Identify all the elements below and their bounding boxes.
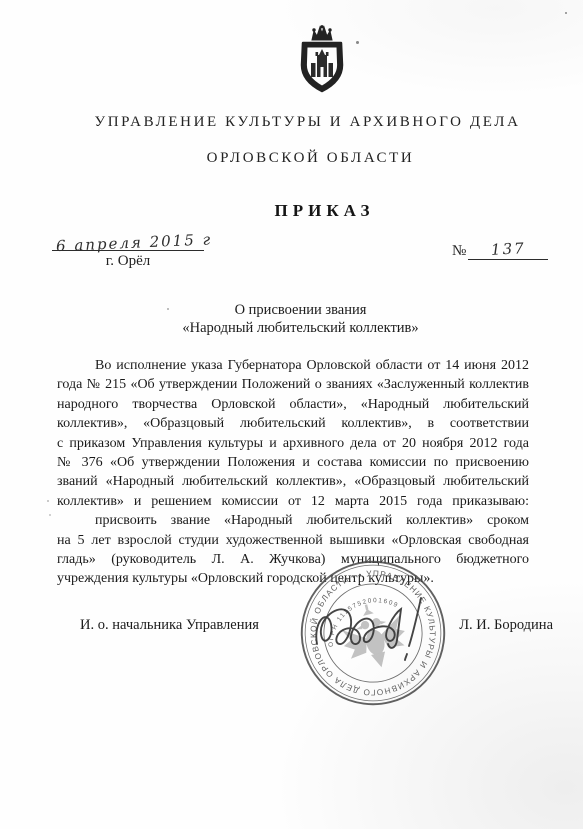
handwritten-number: 137: [491, 239, 527, 259]
body-line: коллектив», «Образцовый любительский кол…: [57, 414, 529, 433]
oryol-coat-of-arms-icon: [298, 25, 346, 93]
order-body: Во исполнение указа Губернатора Орловско…: [57, 356, 529, 589]
body-line: гладь» (руководитель Л. А. Жучкова) муни…: [57, 550, 529, 569]
body-line: коллектив» и решением комиссии от 12 мар…: [57, 492, 529, 511]
place-of-issue: г. Орёл: [52, 253, 204, 270]
number-sign: №: [452, 243, 466, 259]
body-line: народного творчества Орловской области»,…: [57, 395, 529, 414]
subject-line1: О присвоении звания: [9, 302, 583, 319]
body-line: № 376 «Об утверждении Положения и состав…: [57, 453, 529, 472]
document-type-title: ПРИКАЗ: [33, 201, 583, 221]
organization-name-line2: ОРЛОВСКОЙ ОБЛАСТИ: [19, 150, 583, 167]
signer-name: Л. И. Бородина: [459, 617, 553, 634]
scan-speck: [47, 500, 49, 502]
scan-speck: [167, 308, 169, 310]
body-line: с приказом Управления культуры и архивно…: [57, 434, 529, 453]
subject-line2: «Народный любительский коллектив»: [9, 320, 583, 337]
number-block: №137: [452, 240, 554, 260]
body-line: званий «Народный любительский коллектив»…: [57, 472, 529, 491]
number-underline: 137: [468, 240, 548, 260]
body-line: присвоить звание «Народный любительский …: [57, 511, 529, 530]
body-line: Во исполнение указа Губернатора Орловско…: [57, 356, 529, 375]
signer-position: И. о. начальника Управления: [80, 617, 259, 634]
scan-speck: [565, 12, 567, 14]
body-line: года № 215 «Об утверждении Положений о з…: [57, 375, 529, 394]
scan-speck: [49, 514, 51, 516]
body-line: на 5 лет взрослой студии художественной …: [57, 531, 529, 550]
scanned-order-document: УПРАВЛЕНИЕ КУЛЬТУРЫ И АРХИВНОГО ДЕЛА ОРЛ…: [0, 0, 583, 829]
handwritten-signature: [303, 578, 463, 688]
date-block: 6 апреля 2015 г г. Орёл: [52, 234, 204, 270]
organization-name-line1: УПРАВЛЕНИЕ КУЛЬТУРЫ И АРХИВНОГО ДЕЛА: [16, 114, 583, 131]
scan-speck: [356, 41, 359, 44]
handwritten-date: 6 апреля 2015 г: [52, 231, 205, 256]
